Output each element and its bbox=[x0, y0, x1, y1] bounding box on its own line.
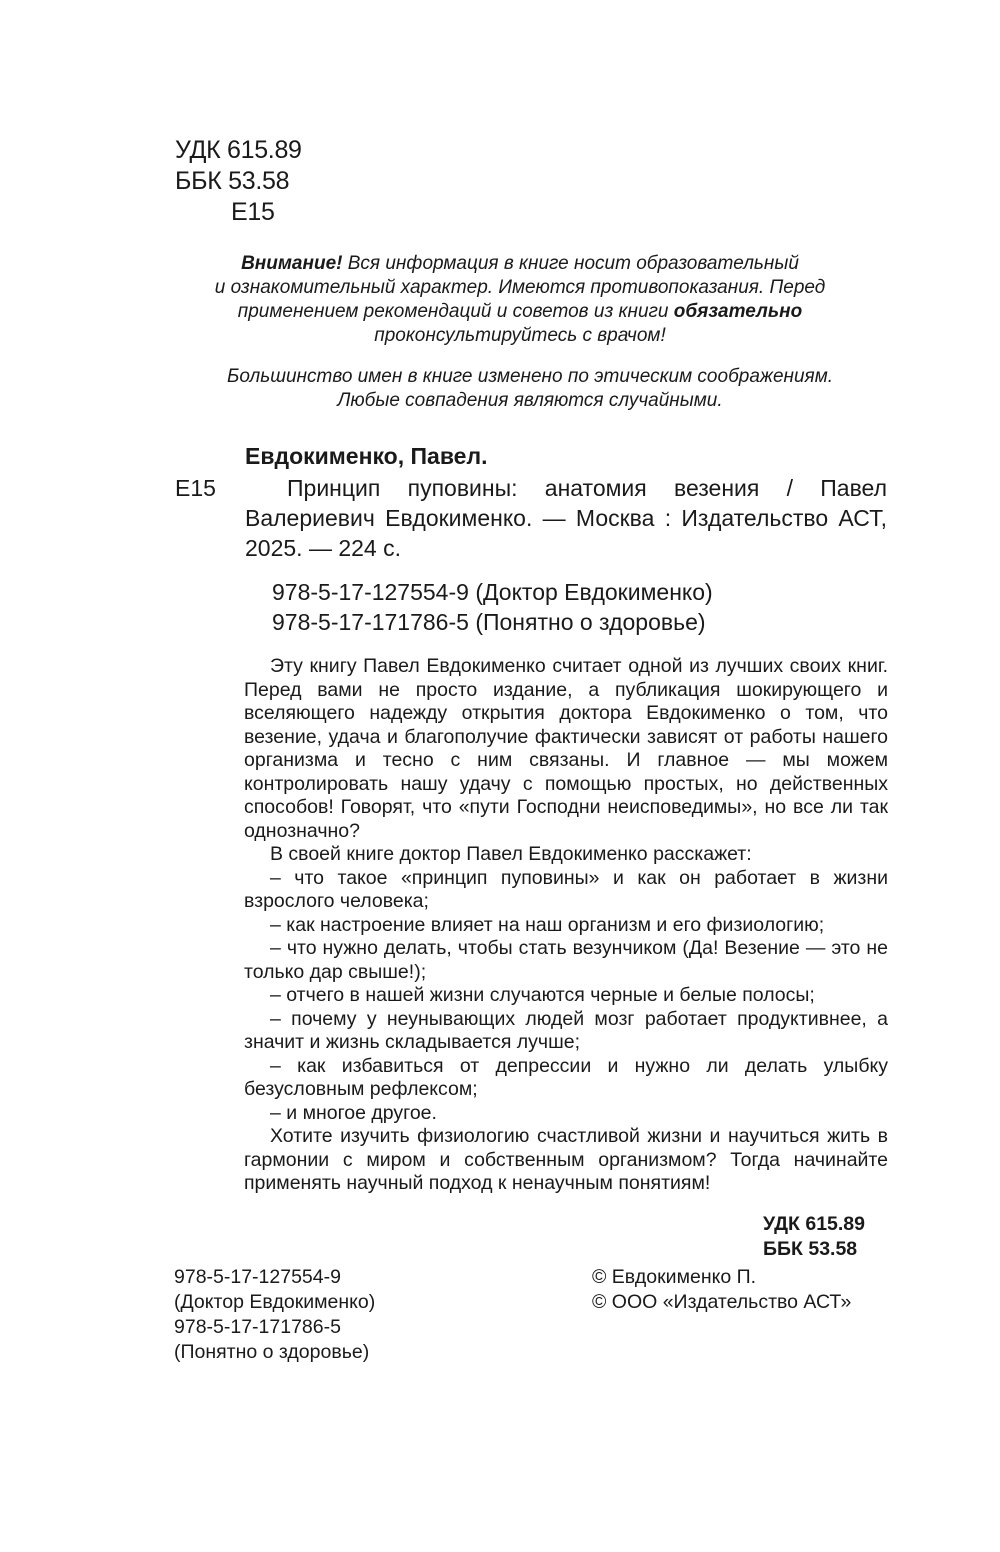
isbn-list: 978-5-17-127554-9 (Доктор Евдокименко) 9… bbox=[272, 577, 713, 637]
annotation-list-item: – отчего в нашей жизни случаются черные … bbox=[244, 984, 888, 1008]
author-heading: Евдокименко, Павел. bbox=[245, 441, 487, 471]
classification-block: УДК 615.89 ББК 53.58 Е15 bbox=[175, 135, 302, 228]
annotation-list-item: – как избавиться от депрессии и нужно ли… bbox=[244, 1055, 888, 1102]
warning-line-3: применением рекомендаций и советов из кн… bbox=[150, 300, 890, 324]
bbk-code: ББК 53.58 bbox=[175, 166, 302, 197]
footer-isbn-line: (Доктор Евдокименко) bbox=[174, 1290, 375, 1315]
warning-line-1: Внимание! Вся информация в книге носит о… bbox=[150, 252, 890, 276]
names-disclaimer: Большинство имен в книге изменено по эти… bbox=[150, 365, 910, 413]
annotation-paragraph: Эту книгу Павел Евдокименко считает одно… bbox=[244, 655, 888, 843]
footer-isbn-line: 978-5-17-171786-5 bbox=[174, 1315, 375, 1340]
footer-classification: УДК 615.89 ББК 53.58 bbox=[763, 1212, 865, 1262]
warning-line-2: и ознакомительный характер. Имеются прот… bbox=[150, 276, 890, 300]
isbn-entry: 978-5-17-171786-5 (Понятно о здоровье) bbox=[272, 607, 713, 637]
copyright-author: © Евдокименко П. bbox=[592, 1265, 851, 1290]
udk-code: УДК 615.89 bbox=[175, 135, 302, 166]
imprint-page: УДК 615.89 ББК 53.58 Е15 Внимание! Вся и… bbox=[0, 0, 1000, 1552]
copyright-block: © Евдокименко П. © ООО «Издательство АСТ… bbox=[592, 1265, 851, 1315]
footer-isbn-line: 978-5-17-127554-9 bbox=[174, 1265, 375, 1290]
medical-warning: Внимание! Вся информация в книге носит о… bbox=[150, 252, 890, 348]
warning-line-4: проконсультируйтесь с врачом! bbox=[150, 324, 890, 348]
warning-emphasis: обязательно bbox=[674, 301, 802, 322]
footer-udk: УДК 615.89 bbox=[763, 1212, 865, 1237]
annotation-list-item: – и многое другое. bbox=[244, 1102, 888, 1126]
annotation-list-item: – что нужно делать, чтобы стать везунчик… bbox=[244, 937, 888, 984]
warning-lead: Внимание! bbox=[241, 253, 342, 274]
cutter-code: Е15 bbox=[175, 197, 302, 228]
footer-bbk: ББК 53.58 bbox=[763, 1237, 865, 1262]
copyright-publisher: © ООО «Издательство АСТ» bbox=[592, 1290, 851, 1315]
annotation-list-item: – как настроение влияет на наш организм … bbox=[244, 914, 888, 938]
isbn-entry: 978-5-17-127554-9 (Доктор Евдокименко) bbox=[272, 577, 713, 607]
footer-isbn-line: (Понятно о здоровье) bbox=[174, 1340, 375, 1365]
annotation-paragraph: В своей книге доктор Павел Евдокименко р… bbox=[244, 843, 888, 867]
annotation-list-item: – почему у неунывающих людей мозг работа… bbox=[244, 1008, 888, 1055]
annotation-list-item: – что такое «принцип пуповины» и как он … bbox=[244, 867, 888, 914]
footer-isbn-block: 978-5-17-127554-9 (Доктор Евдокименко) 9… bbox=[174, 1265, 375, 1365]
annotation: Эту книгу Павел Евдокименко считает одно… bbox=[244, 655, 888, 1196]
cutter-mark: Е15 bbox=[175, 473, 216, 503]
bibliographic-description: Принцип пуповины: анатомия везения / Пав… bbox=[245, 473, 887, 563]
annotation-paragraph: Хотите изучить физиологию счастливой жиз… bbox=[244, 1125, 888, 1196]
